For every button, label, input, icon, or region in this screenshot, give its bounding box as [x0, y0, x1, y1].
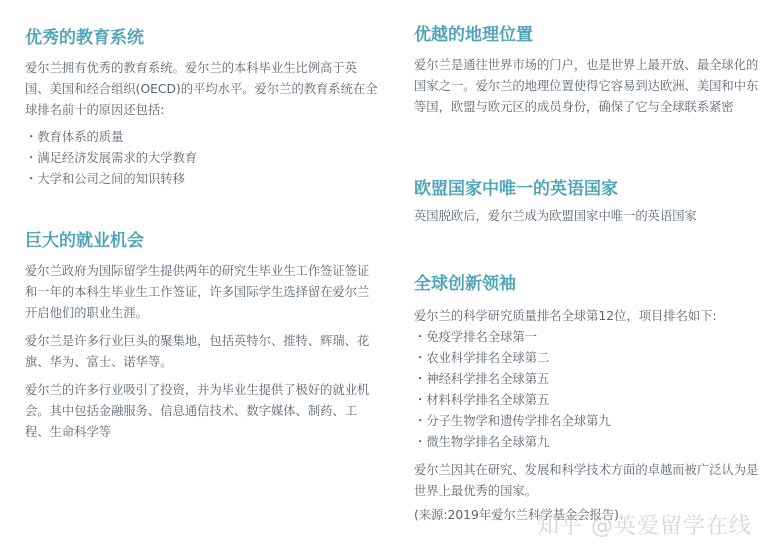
section-paragraph: 爱尔兰拥有优秀的教育系统。爱尔兰的本科毕业生比例高于英国、美国和经合组织(OEC… — [25, 58, 380, 121]
section-title: 欧盟国家中唯一的英语国家 — [414, 178, 764, 200]
section-title: 优越的地理位置 — [414, 24, 764, 46]
list-item: 微生物学排名全球第九 — [414, 432, 764, 453]
list-item: 分子生物学和遗传学排名全球第九 — [414, 411, 764, 432]
section-title: 巨大的就业机会 — [25, 230, 380, 252]
bullet-list: 免疫学排名全球第一 农业科学排名全球第二 神经科学排名全球第五 材料科学排名全球… — [414, 327, 764, 453]
list-item: 材料科学排名全球第五 — [414, 390, 764, 411]
list-item: 满足经济发展需求的大学教育 — [25, 148, 380, 169]
section-paragraph: 爱尔兰政府为国际留学生提供两年的研究生毕业生工作签证签证和一年的本科生毕业生工作… — [25, 261, 380, 324]
section-paragraph: 英国脱欧后，爱尔兰成为欧盟国家中唯一的英语国家 — [414, 206, 764, 227]
section-employment: 巨大的就业机会 爱尔兰政府为国际留学生提供两年的研究生毕业生工作签证签证和一年的… — [25, 230, 380, 443]
list-item: 神经科学排名全球第五 — [414, 369, 764, 390]
section-title: 优秀的教育系统 — [25, 27, 380, 49]
section-paragraph: 爱尔兰是通往世界市场的门户，也是世界上最开放、最全球化的国家之一。爱尔兰的地理位… — [414, 55, 764, 118]
list-item: 农业科学排名全球第二 — [414, 348, 764, 369]
section-paragraph: 爱尔兰是许多行业巨头的聚集地，包括英特尔、推特、辉瑞、花旗、华为、富士、诺华等。 — [25, 331, 380, 373]
section-intro: 爱尔兰的科学研究质量排名全球第12位，项目排名如下: — [414, 306, 764, 327]
list-item: 免疫学排名全球第一 — [414, 327, 764, 348]
section-paragraph: 爱尔兰的许多行业吸引了投资，并为毕业生提供了极好的就业机会。其中包括金融服务、信… — [25, 380, 380, 443]
list-item: 大学和公司之间的知识转移 — [25, 169, 380, 190]
section-education: 优秀的教育系统 爱尔兰拥有优秀的教育系统。爱尔兰的本科毕业生比例高于英国、美国和… — [25, 27, 380, 190]
list-item: 教育体系的质量 — [25, 127, 380, 148]
section-title: 全球创新领袖 — [414, 273, 764, 295]
section-location: 优越的地理位置 爱尔兰是通往世界市场的门户，也是世界上最开放、最全球化的国家之一… — [414, 24, 764, 118]
section-innovation: 全球创新领袖 爱尔兰的科学研究质量排名全球第12位，项目排名如下: 免疫学排名全… — [414, 273, 764, 526]
watermark: 知乎 @英爱留学在线 — [537, 509, 752, 540]
section-conclusion: 爱尔兰因其在研究、发展和科学技术方面的卓越而被广泛认为是世界上最优秀的国家。 — [414, 460, 764, 502]
section-english: 欧盟国家中唯一的英语国家 英国脱欧后，爱尔兰成为欧盟国家中唯一的英语国家 — [414, 178, 764, 227]
bullet-list: 教育体系的质量 满足经济发展需求的大学教育 大学和公司之间的知识转移 — [25, 127, 380, 190]
